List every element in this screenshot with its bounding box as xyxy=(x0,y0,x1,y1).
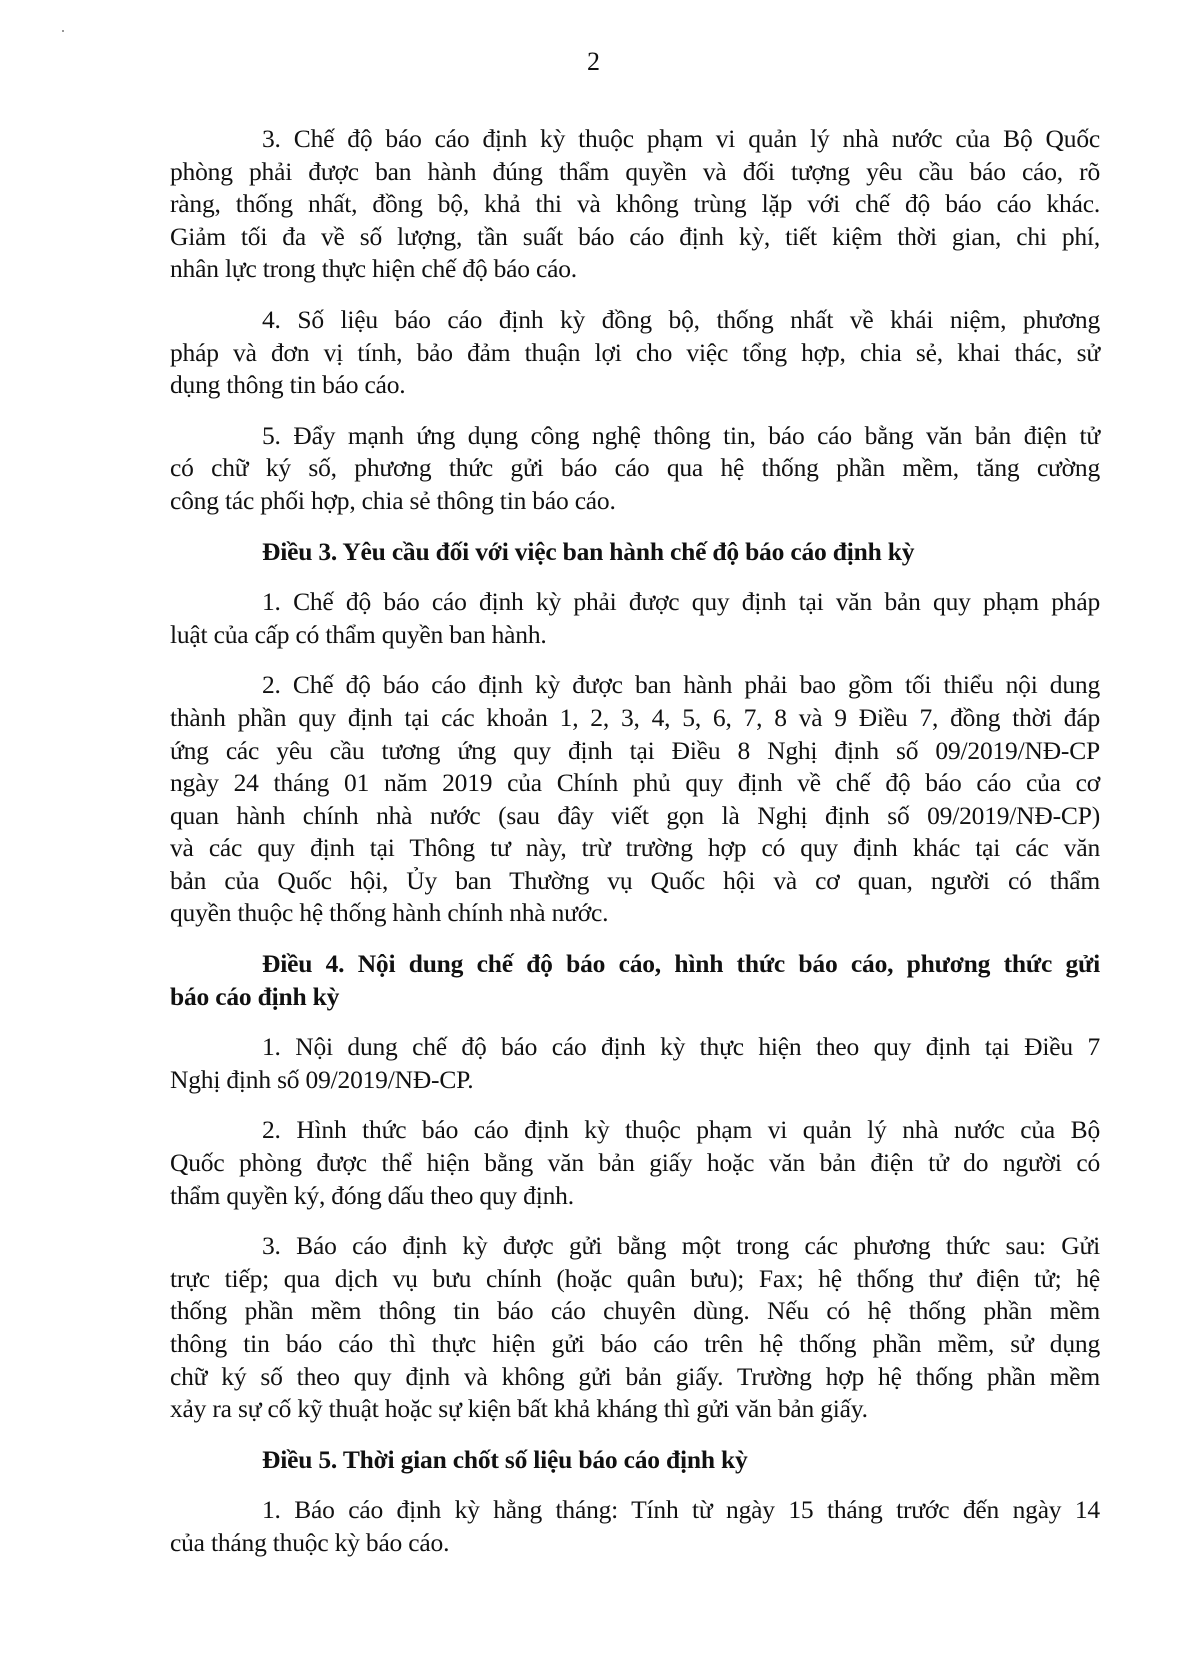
paragraph: 3. Báo cáo định kỳ được gửi bằng một tro… xyxy=(170,1230,1100,1426)
page-number: 2 xyxy=(0,46,1187,78)
text-line: Điều 3. Yêu cầu đối với việc ban hành ch… xyxy=(170,536,1100,569)
text-line: thống phần mềm thông tin báo cáo chuyên … xyxy=(170,1295,1100,1328)
text-line: trực tiếp; qua dịch vụ bưu chính (hoặc q… xyxy=(170,1263,1100,1296)
article-heading: Điều 3. Yêu cầu đối với việc ban hành ch… xyxy=(170,536,1100,569)
text-line: nhân lực trong thực hiện chế độ báo cáo. xyxy=(170,253,1100,286)
text-line: 2. Chế độ báo cáo định kỳ được ban hành … xyxy=(170,669,1100,702)
text-line: 3. Báo cáo định kỳ được gửi bằng một tro… xyxy=(170,1230,1100,1263)
paragraph: 1. Báo cáo định kỳ hằng tháng: Tính từ n… xyxy=(170,1494,1100,1559)
text-line: Giảm tối đa về số lượng, tần suất báo cá… xyxy=(170,221,1100,254)
article-heading: Điều 5. Thời gian chốt số liệu báo cáo đ… xyxy=(170,1444,1100,1477)
text-line: 2. Hình thức báo cáo định kỳ thuộc phạm … xyxy=(170,1114,1100,1147)
text-line: Điều 4. Nội dung chế độ báo cáo, hình th… xyxy=(170,948,1100,981)
scan-speck xyxy=(62,30,64,32)
paragraph: 3. Chế độ báo cáo định kỳ thuộc phạm vi … xyxy=(170,123,1100,286)
paragraph: 4. Số liệu báo cáo định kỳ đồng bộ, thốn… xyxy=(170,304,1100,402)
text-line: thông tin báo cáo thì thực hiện gửi báo … xyxy=(170,1328,1100,1361)
text-line: báo cáo định kỳ xyxy=(170,981,1100,1014)
paragraph: 5. Đẩy mạnh ứng dụng công nghệ thông tin… xyxy=(170,420,1100,518)
text-line: quyền thuộc hệ thống hành chính nhà nước… xyxy=(170,897,1100,930)
text-line: chữ ký số theo quy định và không gửi bản… xyxy=(170,1361,1100,1394)
text-line: phòng phải được ban hành đúng thẩm quyền… xyxy=(170,156,1100,189)
text-line: xảy ra sự cố kỹ thuật hoặc sự kiện bất k… xyxy=(170,1393,1100,1426)
document-body: 3. Chế độ báo cáo định kỳ thuộc phạm vi … xyxy=(170,123,1100,1578)
document-page: 2 3. Chế độ báo cáo định kỳ thuộc phạm v… xyxy=(0,0,1187,1671)
text-line: 3. Chế độ báo cáo định kỳ thuộc phạm vi … xyxy=(170,123,1100,156)
paragraph: 1. Nội dung chế độ báo cáo định kỳ thực … xyxy=(170,1031,1100,1096)
paragraph: 2. Hình thức báo cáo định kỳ thuộc phạm … xyxy=(170,1114,1100,1212)
text-line: Điều 5. Thời gian chốt số liệu báo cáo đ… xyxy=(170,1444,1100,1477)
paragraph: 2. Chế độ báo cáo định kỳ được ban hành … xyxy=(170,669,1100,930)
text-line: quan hành chính nhà nước (sau đây viết g… xyxy=(170,800,1100,833)
text-line: của tháng thuộc kỳ báo cáo. xyxy=(170,1527,1100,1560)
text-line: 1. Chế độ báo cáo định kỳ phải được quy … xyxy=(170,586,1100,619)
text-line: 1. Nội dung chế độ báo cáo định kỳ thực … xyxy=(170,1031,1100,1064)
text-line: dụng thông tin báo cáo. xyxy=(170,369,1100,402)
text-line: luật của cấp có thẩm quyền ban hành. xyxy=(170,619,1100,652)
text-line: ứng các yêu cầu tương ứng quy định tại Đ… xyxy=(170,735,1100,768)
text-line: thành phần quy định tại các khoản 1, 2, … xyxy=(170,702,1100,735)
text-line: và các quy định tại Thông tư này, trừ tr… xyxy=(170,832,1100,865)
text-line: 5. Đẩy mạnh ứng dụng công nghệ thông tin… xyxy=(170,420,1100,453)
text-line: pháp và đơn vị tính, bảo đảm thuận lợi c… xyxy=(170,337,1100,370)
text-line: ngày 24 tháng 01 năm 2019 của Chính phủ … xyxy=(170,767,1100,800)
text-line: Quốc phòng được thể hiện bằng văn bản gi… xyxy=(170,1147,1100,1180)
text-line: bản của Quốc hội, Ủy ban Thường vụ Quốc … xyxy=(170,865,1100,898)
text-line: có chữ ký số, phương thức gửi báo cáo qu… xyxy=(170,452,1100,485)
text-line: ràng, thống nhất, đồng bộ, khả thi và kh… xyxy=(170,188,1100,221)
text-line: Nghị định số 09/2019/NĐ-CP. xyxy=(170,1064,1100,1097)
text-line: công tác phối hợp, chia sẻ thông tin báo… xyxy=(170,485,1100,518)
article-heading: Điều 4. Nội dung chế độ báo cáo, hình th… xyxy=(170,948,1100,1013)
text-line: 1. Báo cáo định kỳ hằng tháng: Tính từ n… xyxy=(170,1494,1100,1527)
text-line: 4. Số liệu báo cáo định kỳ đồng bộ, thốn… xyxy=(170,304,1100,337)
paragraph: 1. Chế độ báo cáo định kỳ phải được quy … xyxy=(170,586,1100,651)
text-line: thẩm quyền ký, đóng dấu theo quy định. xyxy=(170,1180,1100,1213)
